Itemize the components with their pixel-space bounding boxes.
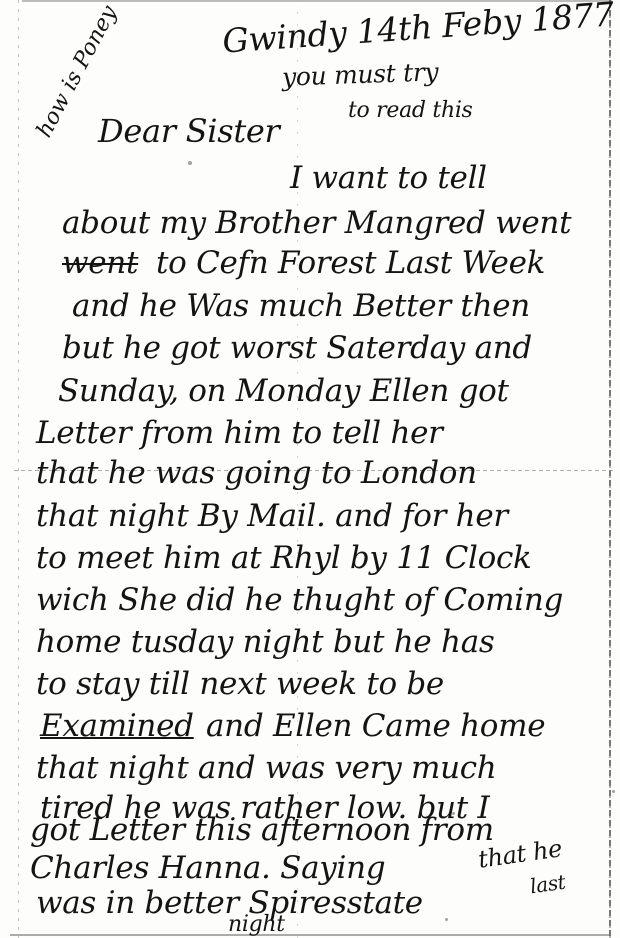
underlined-word: Examined: [40, 708, 194, 744]
page-edge-bottom: [10, 934, 610, 936]
ink-speck: [178, 772, 183, 777]
page-edge-right: [609, 0, 611, 938]
letter-line: and Ellen Came home: [206, 708, 545, 744]
place-date-heading: Gwindy 14th Feby 1877: [221, 0, 615, 61]
letter-line: that night By Mail. and for her: [36, 498, 508, 534]
letter-line: and he Was much Better then: [72, 288, 530, 324]
struck-word: went: [62, 245, 138, 281]
header-note-line-1: you must try: [282, 57, 439, 91]
letter-line: about my Brother Mangred went: [62, 205, 571, 241]
inserted-word-last: last: [529, 870, 567, 899]
letter-line: to stay till next week to be: [36, 666, 444, 702]
ink-speck: [452, 812, 455, 815]
salutation: Dear Sister: [98, 112, 280, 150]
letter-line: that night and was very much: [36, 750, 496, 786]
closing-word-night: night: [228, 912, 285, 937]
letter-line: that he was going to London: [36, 455, 477, 491]
ink-speck: [612, 790, 615, 793]
letter-line: Sunday, on Monday Ellen got: [58, 373, 509, 409]
page-edge-left: [18, 0, 19, 938]
letter-page: how is Poney Gwindy 14th Feby 1877 you m…: [0, 0, 620, 938]
letter-line: I want to tell: [290, 160, 487, 196]
header-note-line-2: to read this: [348, 98, 473, 123]
letter-line: to Cefn Forest Last Week: [156, 245, 545, 281]
letter-line: Letter from him to tell her: [36, 415, 443, 451]
letter-line: got Letter this afternoon from: [30, 812, 494, 848]
letter-line: to meet him at Rhyl by 11 Clock: [36, 540, 532, 576]
letter-line: home tusday night but he has: [36, 624, 495, 660]
ink-speck: [445, 918, 448, 921]
ink-speck: [188, 161, 192, 165]
letter-line: but he got worst Saterday and: [62, 330, 532, 366]
letter-line: wich She did he thught of Coming: [36, 582, 563, 618]
letter-line: Charles Hanna. Saying: [30, 850, 385, 886]
